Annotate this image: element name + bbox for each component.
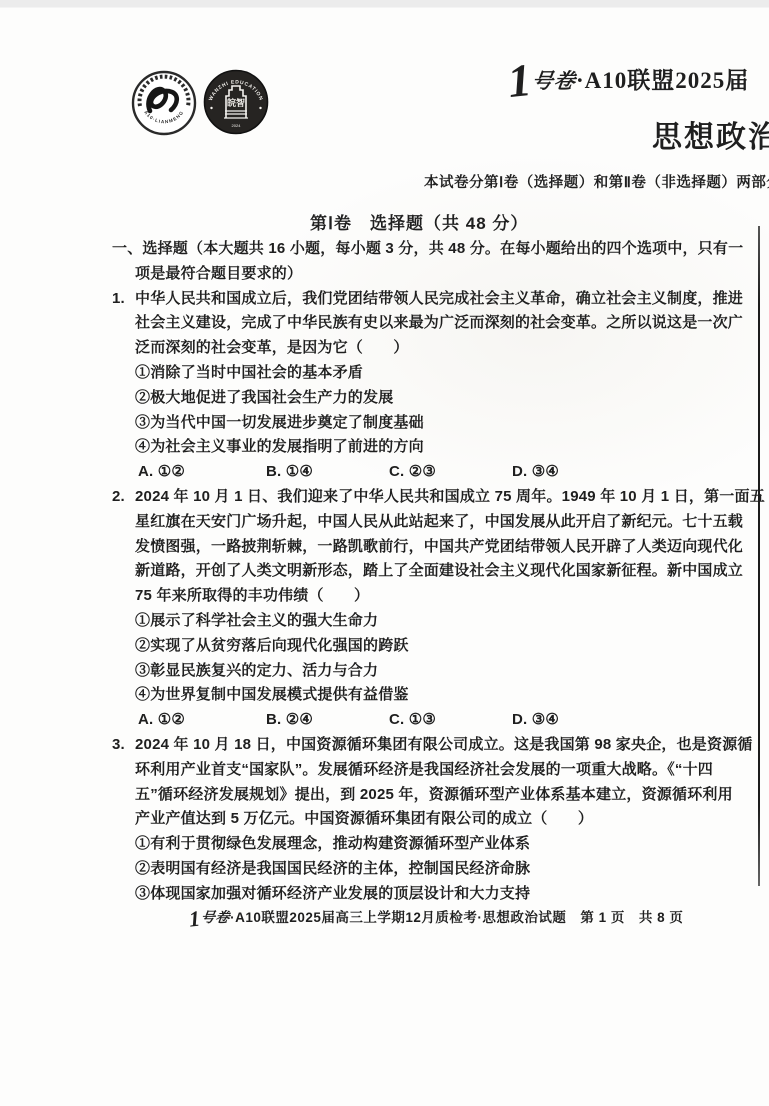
line-text: ①有利于贯彻绿色发展理念，推动构建资源循环型产业体系 <box>135 835 530 852</box>
line-text: ③彰显民族复兴的定力、活力与合力 <box>135 662 378 679</box>
question-line: ③体现国家加强对循环经济产业发展的顶层设计和大力支持 <box>112 882 768 907</box>
choice-option: C. ①③ <box>389 708 436 733</box>
wanzhi-education-seal-icon: WANZHI EDUCATION 皖智 2024 <box>202 68 270 136</box>
line-text: 社会主义建设，完成了中华民族有史以来最为广泛而深刻的社会变革。之所以说这是一次广 <box>135 314 743 331</box>
line-text: 项是最符合题目要求的） <box>135 265 302 282</box>
choices-row: A. ①②B. ②④C. ①③D. ③④ <box>112 708 768 733</box>
line-text: ③为当代中国一切发展进步奠定了制度基础 <box>135 414 424 431</box>
line-text: 2024 年 10 月 1 日、我们迎来了中华人民共和国成立 75 周年。194… <box>135 488 765 505</box>
line-text: 2024 年 10 月 18 日，中国资源循环集团有限公司成立。这是我国第 98… <box>135 736 753 753</box>
question-line: ②极大地促进了我国社会生产力的发展 <box>112 386 768 411</box>
question-line: 五”循环经济发展规划》提出，到 2025 年，资源循环型产业体系基本建立，资源循… <box>112 783 768 808</box>
line-text: 中华人民共和国成立后，我们党团结带领人民完成社会主义革命，确立社会主义制度，推进 <box>135 290 743 307</box>
question-number: 一、 <box>112 237 142 262</box>
question-line: ②表明国有经济是我国国民经济的主体，控制国民经济命脉 <box>112 857 768 882</box>
choice-option: B. ②④ <box>266 708 313 733</box>
choice-option: A. ①② <box>138 708 185 733</box>
question-start-line: 一、选择题（本大题共 16 小题，每小题 3 分，共 48 分。在每小题给出的四… <box>112 237 768 262</box>
question-line: 项是最符合题目要求的） <box>112 262 768 287</box>
question-line: 泛而深刻的社会变革，是因为它（ ） <box>112 336 768 361</box>
series-logo-script: 号卷 <box>530 65 578 95</box>
choice-option: C. ②③ <box>389 460 436 485</box>
seal-right-center-text: 皖智 <box>227 97 245 108</box>
choice-option: A. ①② <box>138 460 185 485</box>
question-line: ④为世界复制中国发展模式提供有益借鉴 <box>112 683 768 708</box>
question-line: ①消除了当时中国社会的基本矛盾 <box>112 361 768 386</box>
exam-note: 本试卷分第Ⅰ卷（选择题）和第Ⅱ卷（非选择题）两部分 <box>424 171 769 192</box>
series-title-line: 1号卷·A10联盟2025届 <box>508 58 749 104</box>
line-text: 选择题（本大题共 16 小题，每小题 3 分，共 48 分。在每小题给出的四个选… <box>142 240 743 257</box>
line-text: ④为世界复制中国发展模式提供有益借鉴 <box>135 686 409 703</box>
footer-logo-numeral: 1 <box>187 907 201 930</box>
question-line: ①有利于贯彻绿色发展理念，推动构建资源循环型产业体系 <box>112 832 768 857</box>
section-heading: 第Ⅰ卷 选择题（共 48 分） <box>310 209 528 234</box>
footer-total-pages: 共 8 页 <box>639 910 684 925</box>
footer-logo-script: 号卷 <box>200 907 232 927</box>
question-line: 发愤图强，一路披荆斩棘，一路凯歌前行，中国共产党团结带领人民开辟了人类迈向现代化 <box>112 535 768 560</box>
question-line: 环利用产业首支“国家队”。发展循环经济是我国经济社会发展的一项重大战略。《“十四 <box>112 758 768 783</box>
question-number: 2. <box>112 485 135 510</box>
line-text: ④为社会主义事业的发展指明了前进的方向 <box>135 438 424 455</box>
photo-top-edge <box>0 0 769 8</box>
subject-title: 思想政治 <box>652 112 769 156</box>
question-line: ④为社会主义事业的发展指明了前进的方向 <box>112 435 768 460</box>
line-text: 五”循环经济发展规划》提出，到 2025 年，资源循环型产业体系基本建立，资源循… <box>135 786 733 803</box>
scanned-exam-page: A10·LIANMENG WANZHI EDUCATION 皖智 2024 1号… <box>0 0 769 1106</box>
question-number: 1. <box>112 287 135 312</box>
line-text: 产业产值达到 5 万亿元。中国资源循环集团有限公司的成立（ ） <box>135 810 593 827</box>
line-text: 泛而深刻的社会变革，是因为它（ ） <box>135 339 409 356</box>
line-text: ①展示了科学社会主义的强大生命力 <box>135 612 378 629</box>
series-logo-numeral: 1 <box>506 57 534 105</box>
question-line: ③为当代中国一切发展进步奠定了制度基础 <box>112 411 768 436</box>
seal-right-bottom-text: 2024 <box>232 123 242 128</box>
page-footer: 1号卷·A10联盟2025届高三上学期12月质检考·思想政治试题第 1 页共 8… <box>112 906 760 930</box>
choice-option: B. ①④ <box>266 460 313 485</box>
choices-row: A. ①②B. ①④C. ②③D. ③④ <box>112 460 768 485</box>
line-text: 环利用产业首支“国家队”。发展循环经济是我国经济社会发展的一项重大战略。《“十四 <box>135 761 713 778</box>
document-body: 一、选择题（本大题共 16 小题，每小题 3 分，共 48 分。在每小题给出的四… <box>112 237 768 907</box>
question-start-line: 3.2024 年 10 月 18 日，中国资源循环集团有限公司成立。这是我国第 … <box>112 733 768 758</box>
question-line: ③彰显民族复兴的定力、活力与合力 <box>112 659 768 684</box>
line-text: ②表明国有经济是我国国民经济的主体，控制国民经济命脉 <box>135 860 530 877</box>
line-text: 新道路，开创了人类文明新形态，踏上了全面建设社会主义现代化国家新征程。新中国成立 <box>135 562 743 579</box>
series-title-text: ·A10联盟2025届 <box>576 68 749 93</box>
question-line: ①展示了科学社会主义的强大生命力 <box>112 609 768 634</box>
question-line: 星红旗在天安门广场升起，中国人民从此站起来了，中国发展从此开启了新纪元。七十五载 <box>112 510 768 535</box>
line-text: 75 年来所取得的丰功伟绩（ ） <box>135 587 369 604</box>
question-line: 新道路，开创了人类文明新形态，踏上了全面建设社会主义现代化国家新征程。新中国成立 <box>112 559 768 584</box>
line-text: 发愤图强，一路披荆斩棘，一路凯歌前行，中国共产党团结带领人民开辟了人类迈向现代化 <box>135 538 743 555</box>
question-line: ②实现了从贫穷落后向现代化强国的跨跃 <box>112 634 768 659</box>
a10-league-seal-icon: A10·LIANMENG <box>131 70 197 136</box>
question-start-line: 2.2024 年 10 月 1 日、我们迎来了中华人民共和国成立 75 周年。1… <box>112 485 768 510</box>
question-start-line: 1.中华人民共和国成立后，我们党团结带领人民完成社会主义革命，确立社会主义制度，… <box>112 287 768 312</box>
page-edge-line <box>758 226 760 886</box>
choice-option: D. ③④ <box>512 460 559 485</box>
line-text: ②极大地促进了我国社会生产力的发展 <box>135 389 393 406</box>
footer-page-number: 第 1 页 <box>580 910 625 925</box>
question-line: 产业产值达到 5 万亿元。中国资源循环集团有限公司的成立（ ） <box>112 807 768 832</box>
question-line: 75 年来所取得的丰功伟绩（ ） <box>112 584 768 609</box>
line-text: ③体现国家加强对循环经济产业发展的顶层设计和大力支持 <box>135 885 530 902</box>
line-text: ②实现了从贫穷落后向现代化强国的跨跃 <box>135 637 409 654</box>
question-line: 社会主义建设，完成了中华民族有史以来最为广泛而深刻的社会变革。之所以说这是一次广 <box>112 311 768 336</box>
choice-option: D. ③④ <box>512 708 559 733</box>
footer-exam-name: ·A10联盟2025届高三上学期12月质检考·思想政治试题 <box>230 910 566 925</box>
line-text: ①消除了当时中国社会的基本矛盾 <box>135 364 363 381</box>
question-number: 3. <box>112 733 135 758</box>
line-text: 星红旗在天安门广场升起，中国人民从此站起来了，中国发展从此开启了新纪元。七十五载 <box>135 513 743 530</box>
